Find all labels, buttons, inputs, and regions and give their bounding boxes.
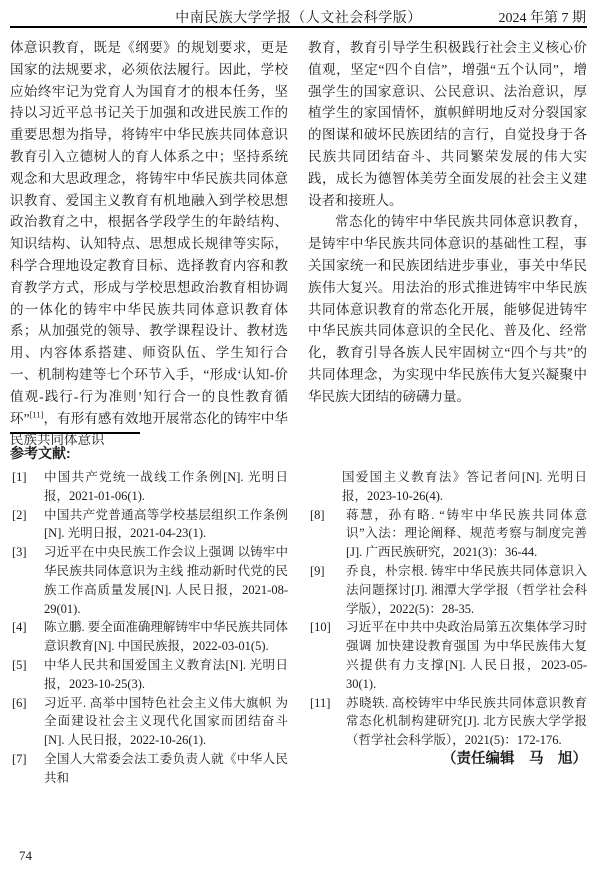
- citation-superscript: [11]: [30, 409, 44, 419]
- reference-item: [6] 习近平. 高举中国特色社会主义伟大旗帜 为全面建设社会主义现代化国家而团…: [10, 694, 288, 750]
- reference-item: [4] 陈立鹏. 要全面准确理解铸牢中华民族共同体意识教育[N]. 中国民族报，…: [10, 618, 288, 656]
- reference-label: [9]: [310, 562, 325, 581]
- reference-continuation: 国爱国主义教育法》答记者问[N]. 光明日报，2023-10-26(4).: [308, 468, 587, 506]
- reference-label: [3]: [12, 543, 27, 562]
- right-paragraph-2: 常态化的铸牢中华民族共同体意识教育，是铸牢中华民族共同体意识的基础性工程，事关国…: [308, 211, 587, 407]
- reference-item: [11] 苏晓轶. 高校铸牢中华民族共同体意识教育常态化机制构建研究[J]. 北…: [308, 694, 587, 750]
- reference-text: 全国人大常委会法工委负责人就《中华人民共和: [44, 752, 288, 785]
- reference-text: 中华人民共和国爱国主义教育法[N]. 光明日报，2023-10-25(3).: [44, 658, 288, 691]
- reference-text: 陈立鹏. 要全面准确理解铸牢中华民族共同体意识教育[N]. 中国民族报，2022…: [44, 620, 288, 653]
- references-divider: [10, 432, 140, 434]
- reference-label: [8]: [310, 506, 325, 525]
- journal-page: 中南民族大学学报（人文社会科学版） 2024 年第 7 期 体意识教育，既是《纲…: [0, 0, 597, 873]
- reference-label: [2]: [12, 506, 27, 525]
- right-column-body: 教育，教育引导学生积极践行社会主义核心价值观，坚定“四个自信”，增强“五个认同”…: [308, 37, 587, 408]
- issue-label: 2024 年第 7 期: [499, 7, 587, 27]
- reference-text: 乔良，朴宗根. 铸牢中华民族共同体意识入法问题探讨[J]. 湘潭大学学报（哲学社…: [346, 564, 587, 616]
- reference-item: [2] 中国共产党普通高等学校基层组织工作条例[N]. 光明日报，2021-04…: [10, 506, 288, 544]
- left-paragraph: 体意识教育，既是《纲要》的规划要求，更是国家的法规要求，必须依法履行。因此，学校…: [10, 37, 288, 451]
- editor-note: （责任编辑 马 旭）: [308, 747, 587, 768]
- reference-item: [7] 全国人大常委会法工委负责人就《中华人民共和: [10, 750, 288, 788]
- reference-text: 中国共产党统一战线工作条例[N]. 光明日报，2021-01-06(1).: [44, 470, 288, 503]
- reference-text: 习近平. 高举中国特色社会主义伟大旗帜 为全面建设社会主义现代化国家而团结奋斗[…: [44, 696, 288, 748]
- reference-text: 中国共产党普通高等学校基层组织工作条例[N]. 光明日报，2021-04-23(…: [44, 508, 288, 541]
- reference-label: [4]: [12, 618, 27, 637]
- references-left-column: [1] 中国共产党统一战线工作条例[N]. 光明日报，2021-01-06(1)…: [10, 468, 288, 788]
- reference-label: [10]: [310, 618, 331, 637]
- reference-label: [1]: [12, 468, 27, 487]
- reference-item: [10] 习近平在中共中央政治局第五次集体学习时强调 加快建设教育强国 为中华民…: [308, 618, 587, 693]
- left-paragraph-tail: ，有形有感有效地开展常态化的铸牢中华民族共同体意识: [10, 411, 288, 448]
- left-column-body: 体意识教育，既是《纲要》的规划要求，更是国家的法规要求，必须依法履行。因此，学校…: [10, 37, 288, 451]
- right-paragraph-1: 教育，教育引导学生积极践行社会主义核心价值观，坚定“四个自信”，增强“五个认同”…: [308, 37, 587, 211]
- left-paragraph-text: 体意识教育，既是《纲要》的规划要求，更是国家的法规要求，必须依法履行。因此，学校…: [10, 40, 288, 426]
- reference-text: 蒋慧，孙有略. “铸牢中华民族共同体意识”入法：理论阐释、规范考察与制度完善[J…: [346, 508, 587, 560]
- reference-item: [3] 习近平在中央民族工作会议上强调 以铸牢中华民族共同体意识为主线 推动新时…: [10, 543, 288, 618]
- reference-label: [11]: [310, 694, 330, 713]
- reference-item: [8] 蒋慧，孙有略. “铸牢中华民族共同体意识”入法：理论阐释、规范考察与制度…: [308, 506, 587, 562]
- page-number: 74: [19, 848, 32, 864]
- reference-label: [6]: [12, 694, 27, 713]
- reference-label: [7]: [12, 750, 27, 769]
- reference-item: [9] 乔良，朴宗根. 铸牢中华民族共同体意识入法问题探讨[J]. 湘潭大学学报…: [308, 562, 587, 618]
- reference-text: 苏晓轶. 高校铸牢中华民族共同体意识教育常态化机制构建研究[J]. 北方民族大学…: [346, 696, 587, 748]
- header-divider: [10, 26, 587, 28]
- reference-item: [5] 中华人民共和国爱国主义教育法[N]. 光明日报，2023-10-25(3…: [10, 656, 288, 694]
- reference-item: [1] 中国共产党统一战线工作条例[N]. 光明日报，2021-01-06(1)…: [10, 468, 288, 506]
- references-title: 参考文献:: [10, 443, 71, 463]
- reference-text: 习近平在中共中央政治局第五次集体学习时强调 加快建设教育强国 为中华民族伟大复兴…: [346, 620, 587, 690]
- reference-label: [5]: [12, 656, 27, 675]
- reference-text: 习近平在中央民族工作会议上强调 以铸牢中华民族共同体意识为主线 推动新时代党的民…: [44, 545, 288, 615]
- references-right-column: 国爱国主义教育法》答记者问[N]. 光明日报，2023-10-26(4). [8…: [308, 468, 587, 750]
